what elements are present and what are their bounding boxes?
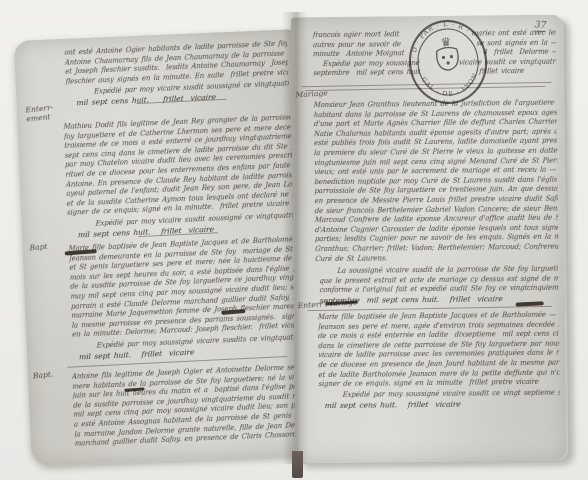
spine-tab	[292, 451, 303, 478]
entry-text: Marie fille baptisée de Jean Baptiste Ja…	[318, 311, 560, 390]
fiscal-stamp: ♛ · D · PAR · L · R · GAL · DE · LYON	[400, 12, 495, 112]
margin-note-enterr: Enterr Mariage	[297, 297, 367, 310]
register-scan: Enterr- ement Bapt Bapt. ont esté Antoin…	[0, 0, 588, 480]
margin-note-struck-mariage: Mariage	[325, 297, 358, 308]
book-edge-backdrop	[0, 0, 9, 480]
entry-text: Mathieu Dodit fils legitime de Jean Rey …	[63, 113, 294, 218]
ink-mark	[37, 29, 56, 36]
left-page: Enterr- ement Bapt Bapt. ont esté Antoin…	[14, 29, 311, 466]
entry-closing: Expédié par moy soussigné vicaire susdit…	[325, 389, 560, 411]
entry-text: Monsieur Jean Granthus lieutenant de la …	[314, 99, 559, 265]
stamp-shield	[436, 46, 460, 71]
margin-note-bapt-1: Bapt	[29, 240, 70, 253]
margin-note-enterrement: Enterr- ement	[25, 102, 67, 124]
entry-text: Antoine fils legitime de Joseph Ogier et…	[72, 363, 304, 449]
handwritten-line: mil sept cens huit. frillet vicaire	[324, 398, 560, 410]
margin-note-mariage: Mariage	[295, 88, 335, 99]
entry-text: Marie fille baptisée de Jean Baptiste Ja…	[68, 235, 299, 340]
handwritten-line: Curé de St Laurens.	[315, 252, 559, 264]
margin-note-enterr-label: Enterr	[297, 300, 323, 311]
margin-note-bapt-2: Bapt.	[32, 368, 73, 381]
